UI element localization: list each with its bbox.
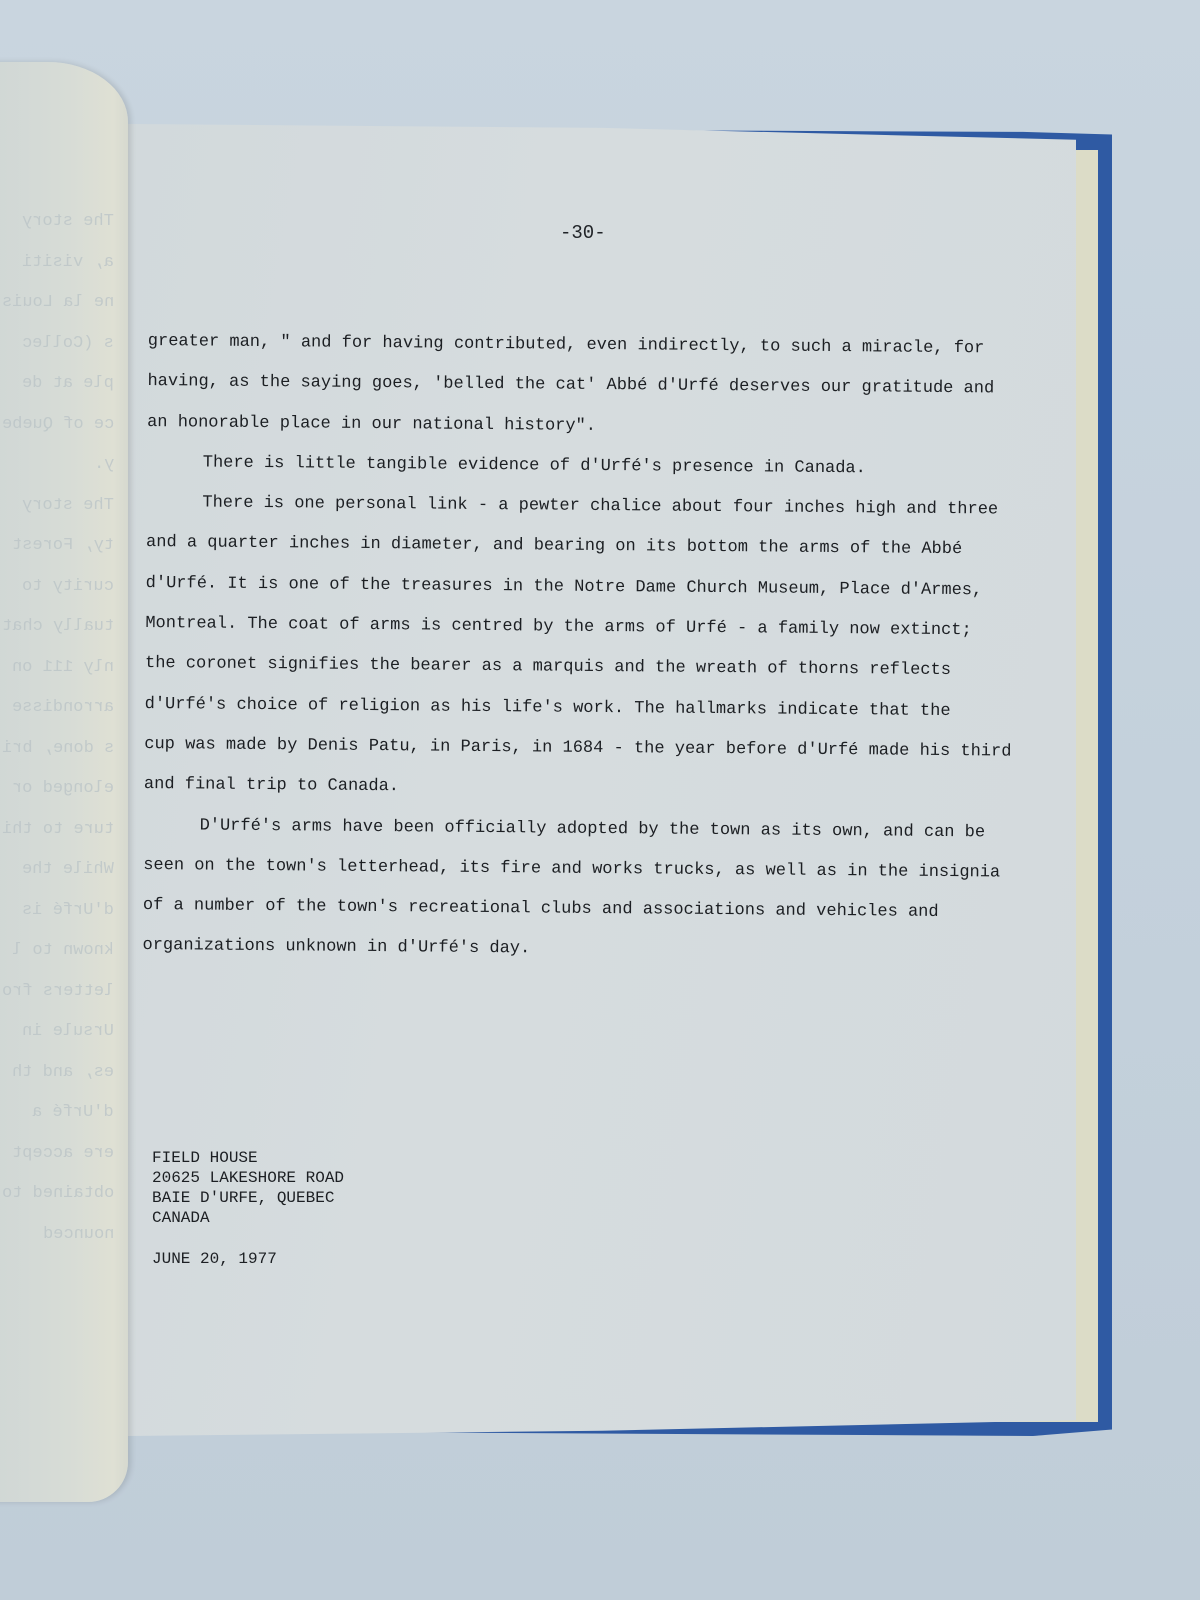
text-line: and a quarter inches in diameter, and be…: [146, 523, 1006, 571]
left-facing-page: The storya, visitine la Louiss (Collecpl…: [0, 62, 128, 1502]
ghost-text-line: obtained to: [2, 1184, 114, 1203]
ghost-text-line: y.: [94, 455, 114, 474]
ghost-text-line: nly 111 on: [12, 658, 114, 677]
ghost-text-line: ere accept: [12, 1144, 114, 1163]
ghost-text-line: Ursule in: [22, 1022, 114, 1041]
ghost-text-line: es, and th: [12, 1063, 114, 1082]
ghost-text-line: ty, Forest: [12, 536, 114, 555]
address-line: FIELD HOUSE: [152, 1148, 344, 1168]
ghost-text-line: ple at de: [22, 374, 114, 393]
ghost-text-line: letters fro: [2, 982, 114, 1001]
text-line: organizations unknown in d'Urfé's day.: [142, 926, 1002, 974]
ghost-text-line: s (Collec: [22, 334, 114, 353]
ghost-text-line: a, visiti: [22, 253, 114, 272]
ghost-text-line: d'Urfé is: [22, 901, 114, 920]
ghost-text-line: known to l: [12, 941, 114, 960]
ghost-text-line: ne la Louis: [2, 293, 114, 312]
ghost-text-line: The story: [22, 212, 114, 231]
ghost-text-line: curity to: [22, 577, 114, 596]
page-number: -30-: [560, 222, 606, 244]
ghost-text-line: nounced: [43, 1225, 114, 1244]
address-line: 20625 LAKESHORE ROAD: [152, 1168, 344, 1188]
address-line: BAIE D'URFE, QUEBEC: [152, 1188, 344, 1208]
ghost-text-line: s done, bri: [2, 739, 114, 758]
ghost-text-line: ce of Quebe: [2, 415, 114, 434]
text-line: and final trip to Canada.: [144, 765, 1004, 813]
ghost-text-line: arrondisse: [12, 698, 114, 717]
address-block: FIELD HOUSE 20625 LAKESHORE ROAD BAIE D'…: [152, 1148, 344, 1228]
address-line: CANADA: [152, 1208, 344, 1228]
document-date: JUNE 20, 1977: [152, 1250, 277, 1268]
ghost-text-line: elonged or: [12, 779, 114, 798]
ghost-text-line: The story: [22, 496, 114, 515]
text-line: the coronet signifies the bearer as a ma…: [145, 644, 1005, 692]
text-line: having, as the saying goes, 'belled the …: [147, 362, 1007, 410]
ghost-text-line: d'Urfé a: [32, 1103, 114, 1122]
ghost-text-line: tually chat: [2, 617, 114, 636]
body-text: greater man, " and for having contribute…: [142, 322, 1008, 974]
ghost-text-line: ture to thi: [2, 820, 114, 839]
ghost-text-line: While the: [22, 860, 114, 879]
